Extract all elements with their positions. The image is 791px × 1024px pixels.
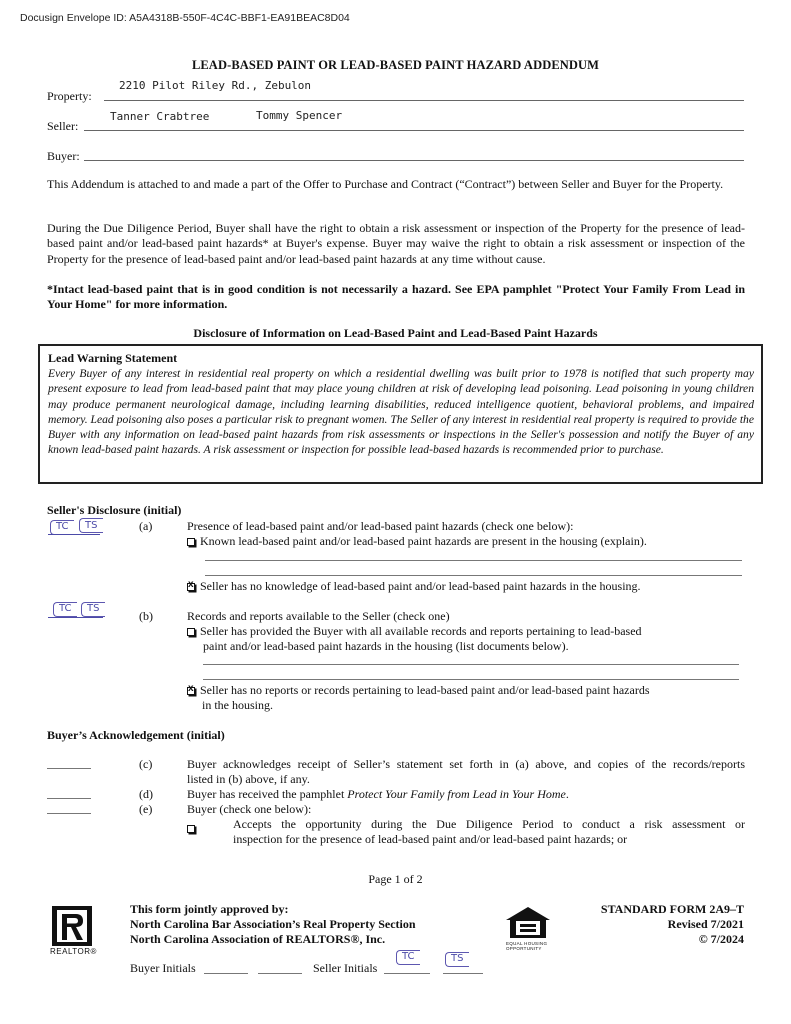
seller-disclosure-heading: Seller's Disclosure (initial) [47,503,181,518]
document-title: LEAD-BASED PAINT OR LEAD-BASED PAINT HAZ… [0,58,791,73]
equal-housing-text: EQUAL HOUSINGOPPORTUNITY [506,941,547,951]
item-d-letter: (d) [139,787,153,802]
buyer-initials-line-1[interactable] [204,973,248,974]
equal-housing-icon [504,906,552,940]
option-b2-line2: in the housing. [202,698,273,713]
page-number: Page 1 of 2 [0,872,791,887]
approved-by: This form jointly approved by: [130,902,288,917]
explain-line-2[interactable] [205,575,742,576]
seller-label: Seller: [47,119,78,134]
property-value[interactable]: 2210 Pilot Riley Rd., Zebulon [119,79,311,92]
buyer-initials-label: Buyer Initials [130,961,196,976]
checkbox-a2-checked[interactable] [187,583,195,591]
initial-tc-a: TC [56,521,69,532]
seller-initials-line-1[interactable] [384,973,430,974]
item-c-letter: (c) [139,757,152,772]
seller-value-2[interactable]: Tommy Spencer [256,109,342,122]
approving-org-1: North Carolina Bar Association’s Real Pr… [130,917,416,932]
checkbox-b2-checked[interactable] [187,687,195,695]
due-diligence-paragraph: During the Due Diligence Period, Buyer s… [47,221,745,267]
approving-org-2: North Carolina Association of REALTORS®,… [130,932,385,947]
buyer-initial-e[interactable] [47,813,91,814]
option-b2[interactable]: Seller has no reports or records pertain… [187,683,650,698]
item-d-text: Buyer has received the pamphlet Protect … [187,787,569,802]
checkbox-e1[interactable] [187,819,200,837]
explain-line-1[interactable] [205,560,742,561]
buyer-initial-c[interactable] [47,768,91,769]
buyer-initials-line-2[interactable] [258,973,302,974]
item-b-letter: (b) [139,609,153,624]
option-a1[interactable]: Known lead-based paint and/or lead-based… [187,534,647,549]
lead-warning-text: Every Buyer of any interest in residenti… [48,366,754,458]
initial-ts-a: TS [85,520,97,531]
form-id: STANDARD FORM 2A9–T [601,902,744,917]
footer-seller-initial-tc[interactable]: TC [396,950,426,970]
seller-field-line[interactable] [84,130,744,131]
seller-initials-label: Seller Initials [313,961,377,976]
buyer-label: Buyer: [47,149,80,164]
lead-warning-box: Lead Warning Statement Every Buyer of an… [38,344,763,484]
item-a-text: Presence of lead-based paint and/or lead… [187,519,574,534]
documents-line-2[interactable] [203,679,739,680]
buyer-field-line[interactable] [84,160,744,161]
item-e-letter: (e) [139,802,152,817]
documents-line-1[interactable] [203,664,739,665]
revised-date: Revised 7/2021 [668,917,744,932]
item-c-text: Buyer acknowledges receipt of Seller’s s… [187,757,745,772]
option-a2[interactable]: Seller has no knowledge of lead-based pa… [187,579,641,594]
initial-tc-b: TC [59,603,72,614]
envelope-id: Docusign Envelope ID: A5A4318B-550F-4C4C… [20,12,350,24]
seller-value-1[interactable]: Tanner Crabtree [110,110,209,123]
disclosure-heading: Disclosure of Information on Lead-Based … [0,326,791,341]
buyer-initial-d[interactable] [47,798,91,799]
checkbox-b1[interactable] [187,628,195,636]
item-c-text-2: listed in (b) above, if any. [187,772,310,787]
item-a-letter: (a) [139,519,152,534]
seller-initials-a[interactable]: TC TS [48,518,108,540]
copyright: © 7/2024 [699,932,744,947]
buyer-ack-heading: Buyer’s Acknowledgement (initial) [47,728,225,743]
intro-paragraph: This Addendum is attached to and made a … [47,177,745,192]
option-e1-line2: inspection for the presence of lead-base… [233,832,627,847]
option-e1-line1: Accepts the opportunity during the Due D… [233,817,745,832]
pamphlet-title: Protect Your Family from Lead in Your Ho… [347,787,566,801]
seller-initials-line-2[interactable] [443,973,483,974]
realtor-logo-text: REALTOR® [50,947,97,956]
realtor-logo-icon [52,906,92,946]
property-field-line[interactable] [104,100,744,101]
option-b1-line2: paint and/or lead-based paint hazards in… [203,639,569,654]
checkbox-a1[interactable] [187,538,195,546]
footer-seller-initial-ts[interactable]: TS [445,952,475,972]
option-b1[interactable]: Seller has provided the Buyer with all a… [187,624,642,639]
lead-warning-title: Lead Warning Statement [48,351,177,366]
initial-ts-b: TS [87,603,99,614]
footnote-paragraph: *Intact lead-based paint that is in good… [47,282,745,313]
item-b-text: Records and reports available to the Sel… [187,609,450,624]
item-e-text: Buyer (check one below): [187,802,311,817]
seller-initials-b[interactable]: TC TS [48,600,108,622]
property-label: Property: [47,89,92,104]
